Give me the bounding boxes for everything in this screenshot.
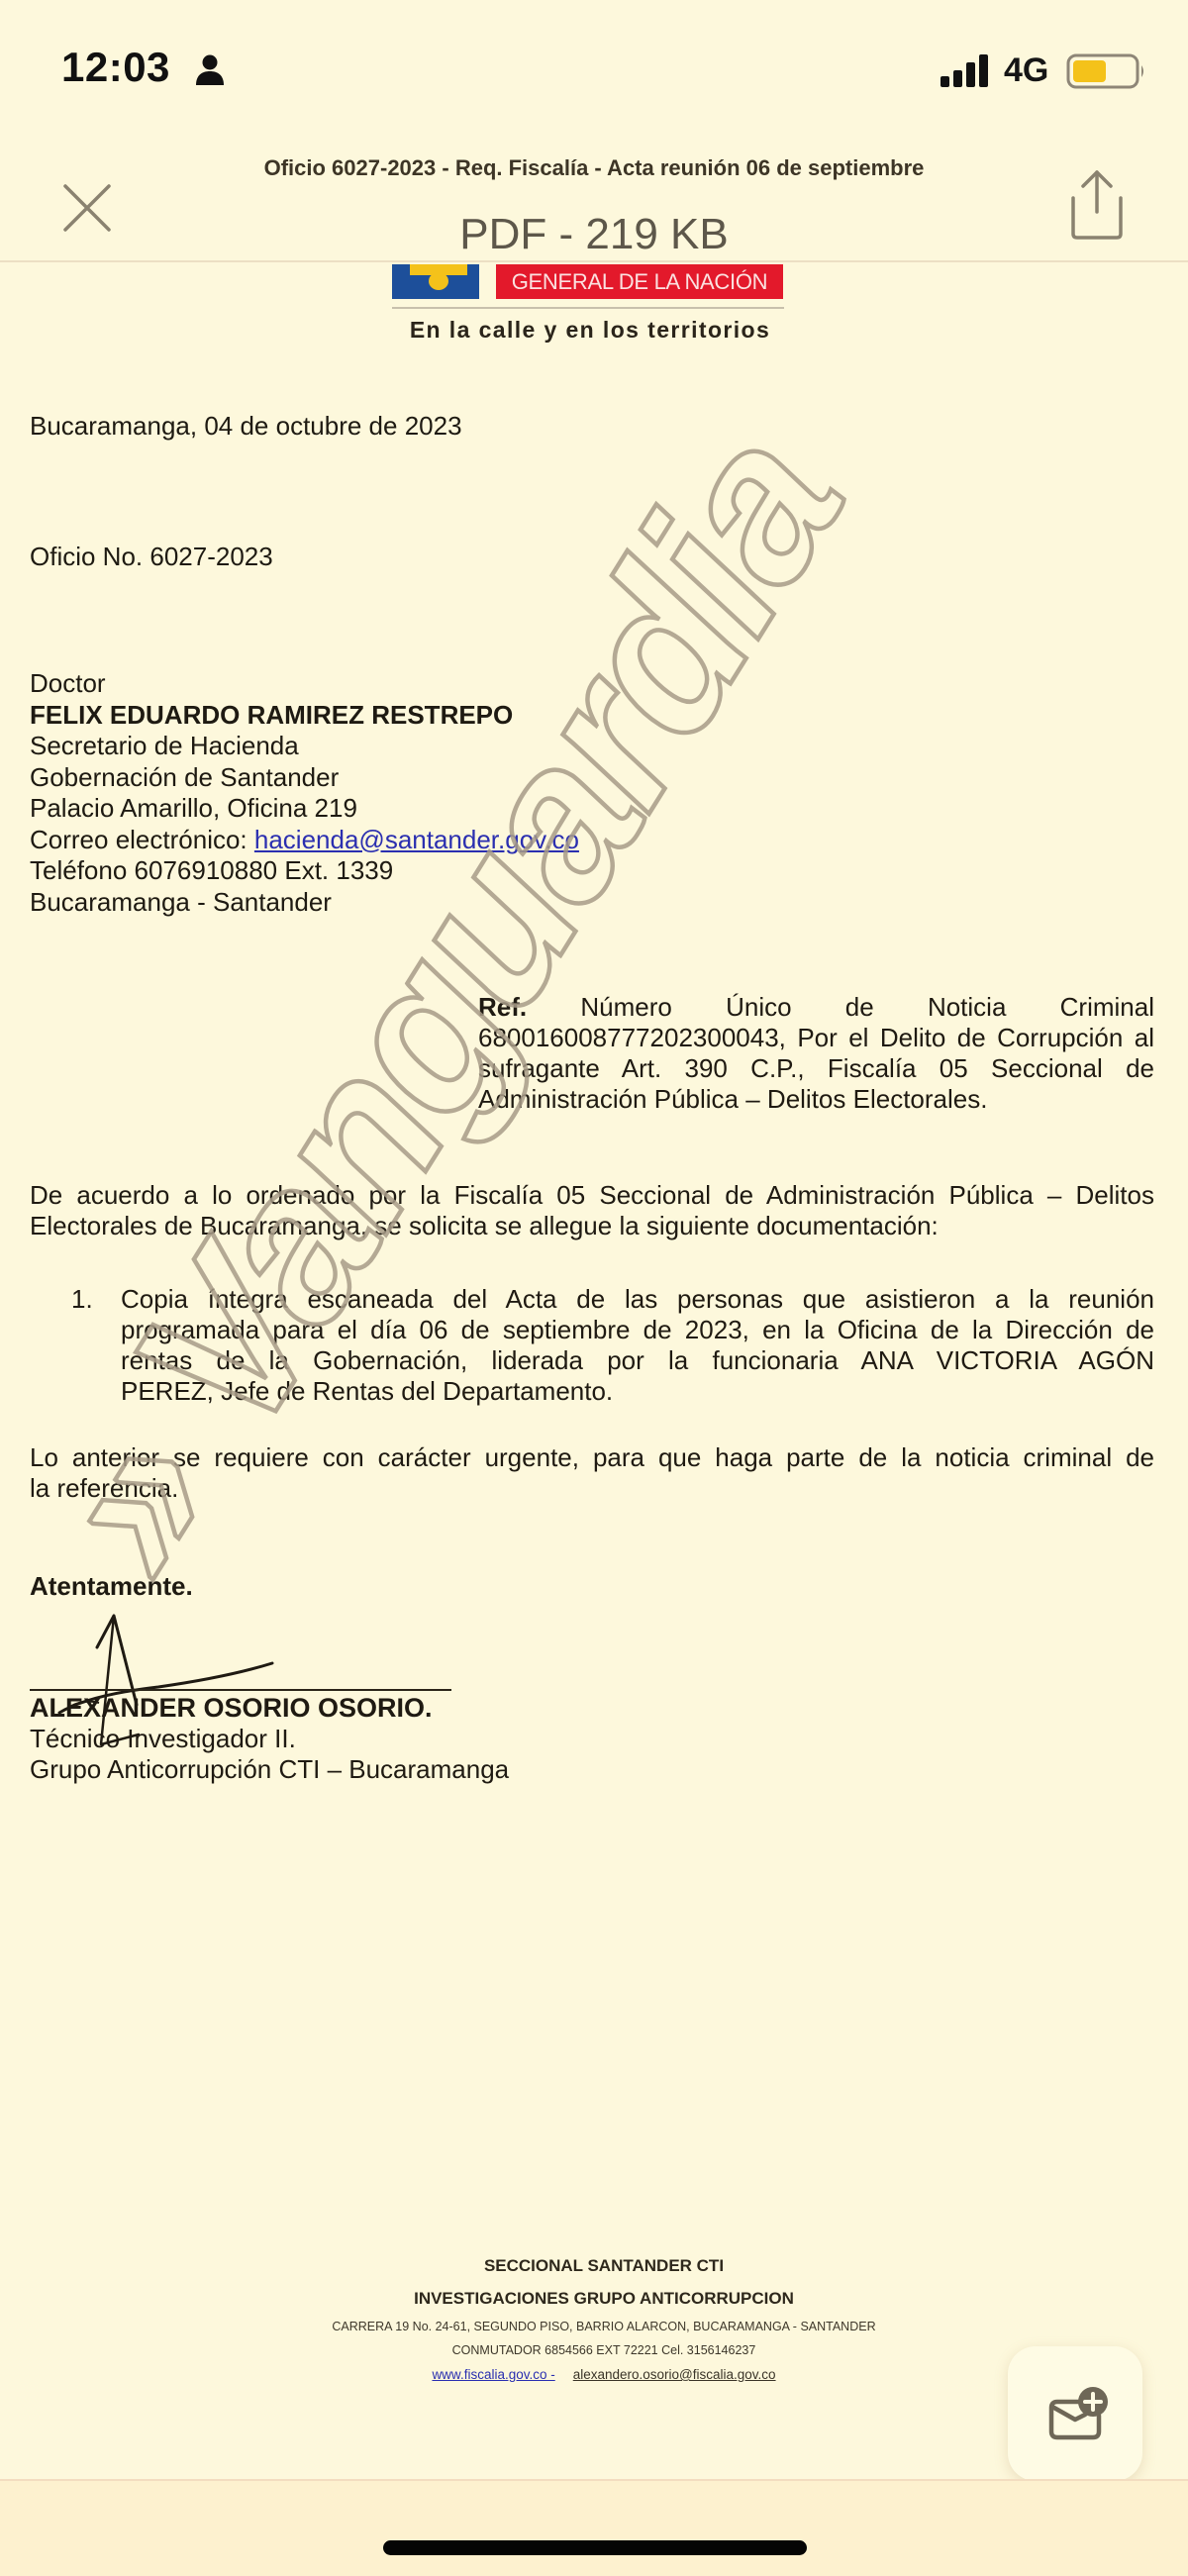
network-type: 4G (1004, 51, 1048, 90)
home-indicator[interactable] (383, 2540, 807, 2555)
signature-line (30, 1689, 451, 1691)
signer-title: Técnico Investigador II. (30, 1724, 509, 1754)
viewer-header: Oficio 6027-2023 - Req. Fiscalía - Acta … (0, 139, 1188, 262)
share-icon[interactable] (1059, 168, 1135, 242)
status-bar: 12:03 4G (0, 0, 1188, 139)
oficio-number: Oficio No. 6027-2023 (30, 542, 273, 572)
urgency-paragraph: Lo anterior se requiere con carácter urg… (30, 1442, 1154, 1504)
fiscalia-logo: GENERAL DE LA NACIÓN (392, 264, 788, 302)
footer-address: CARRERA 19 No. 24-61, SEGUNDO PISO, BARR… (238, 2315, 970, 2338)
footer-line-1: SECCIONAL SANTANDER CTI (238, 2249, 970, 2282)
addressee-block: Doctor FELIX EDUARDO RAMIREZ RESTREPO Se… (30, 668, 579, 918)
request-paragraph: De acuerdo a lo ordenado por la Fiscalía… (30, 1180, 1154, 1241)
footer-links: www.fiscalia.gov.co -alexandero.osorio@f… (238, 2362, 970, 2388)
logo-flag (392, 264, 479, 299)
person-icon (195, 54, 225, 86)
urgency-line-1: Lo anterior se requiere con carácter urg… (30, 1442, 1154, 1473)
addressee-email-link[interactable]: hacienda@santander.gov.co (254, 825, 579, 854)
battery-icon (1066, 53, 1147, 89)
request-line-1: De acuerdo a lo ordenado por la Fiscalía… (30, 1180, 1154, 1211)
list-text: Copia íntegra escaneada del Acta de las … (121, 1284, 1154, 1407)
document-title: Oficio 6027-2023 - Req. Fiscalía - Acta … (0, 155, 1188, 181)
request-line-2: Electorales de Bucaramanga, se solicita … (30, 1211, 939, 1240)
email-label: Correo electrónico: (30, 825, 254, 854)
list-line: rentas de la Gobernación, liderada por l… (121, 1345, 1154, 1376)
close-icon[interactable] (59, 178, 115, 238)
list-line: programada para el día 06 de septiembre … (121, 1315, 1154, 1345)
footer-line-2: INVESTIGACIONES GRUPO ANTICORRUPCION (238, 2282, 970, 2315)
footer-email-link[interactable]: alexandero.osorio@fiscalia.gov.co (573, 2367, 776, 2382)
addressee-email-row: Correo electrónico: hacienda@santander.g… (30, 825, 579, 856)
salutation: Doctor (30, 668, 579, 700)
reference-line-1: Número Único de Noticia Criminal (580, 992, 1154, 1022)
letter-footer: SECCIONAL SANTANDER CTI INVESTIGACIONES … (238, 2249, 970, 2388)
reference-block: Ref. Número Único de Noticia Criminal 68… (478, 992, 1154, 1115)
addressee-phone: Teléfono 6076910880 Ext. 1339 (30, 855, 579, 887)
footer-phone: CONMUTADOR 6854566 EXT 72221 Cel. 315614… (238, 2338, 970, 2362)
letter-date: Bucaramanga, 04 de octubre de 2023 (30, 411, 462, 442)
addressee-entity: Gobernación de Santander (30, 762, 579, 794)
bottom-safe-area (0, 2479, 1188, 2576)
list-line: PEREZ, Jefe de Rentas del Departamento. (121, 1376, 613, 1406)
urgency-line-2: la referencia. (30, 1473, 178, 1503)
list-number: 1. (71, 1284, 93, 1315)
list-line: Copia íntegra escaneada del Acta de las … (121, 1284, 1154, 1315)
reference-text: 680016008777202300043, Por el Delito de … (478, 1023, 1154, 1114)
pdf-page[interactable]: GENERAL DE LA NACIÓN En la calle y en lo… (0, 264, 1188, 2479)
addressee-city: Bucaramanga - Santander (30, 887, 579, 919)
signal-icon (939, 52, 994, 88)
mail-plus-button[interactable] (1008, 2346, 1142, 2481)
signer-group: Grupo Anticorrupción CTI – Bucaramanga (30, 1754, 509, 1785)
logo-banner: GENERAL DE LA NACIÓN (496, 264, 783, 299)
signer-name: ALEXANDER OSORIO OSORIO. (30, 1693, 509, 1724)
logo-divider (392, 307, 784, 309)
document-meta: PDF - 219 KB (0, 210, 1188, 259)
addressee-office: Palacio Amarillo, Oficina 219 (30, 793, 579, 825)
mail-plus-icon (1041, 2380, 1111, 2449)
addressee-position: Secretario de Hacienda (30, 731, 579, 762)
clock: 12:03 (61, 44, 170, 91)
signer-block: ALEXANDER OSORIO OSORIO. Técnico Investi… (30, 1693, 509, 1785)
logo-tagline: En la calle y en los territorios (392, 317, 788, 344)
addressee-name: FELIX EDUARDO RAMIREZ RESTREPO (30, 700, 579, 732)
reference-label: Ref. (478, 992, 527, 1022)
footer-website-link[interactable]: www.fiscalia.gov.co - (432, 2367, 554, 2382)
